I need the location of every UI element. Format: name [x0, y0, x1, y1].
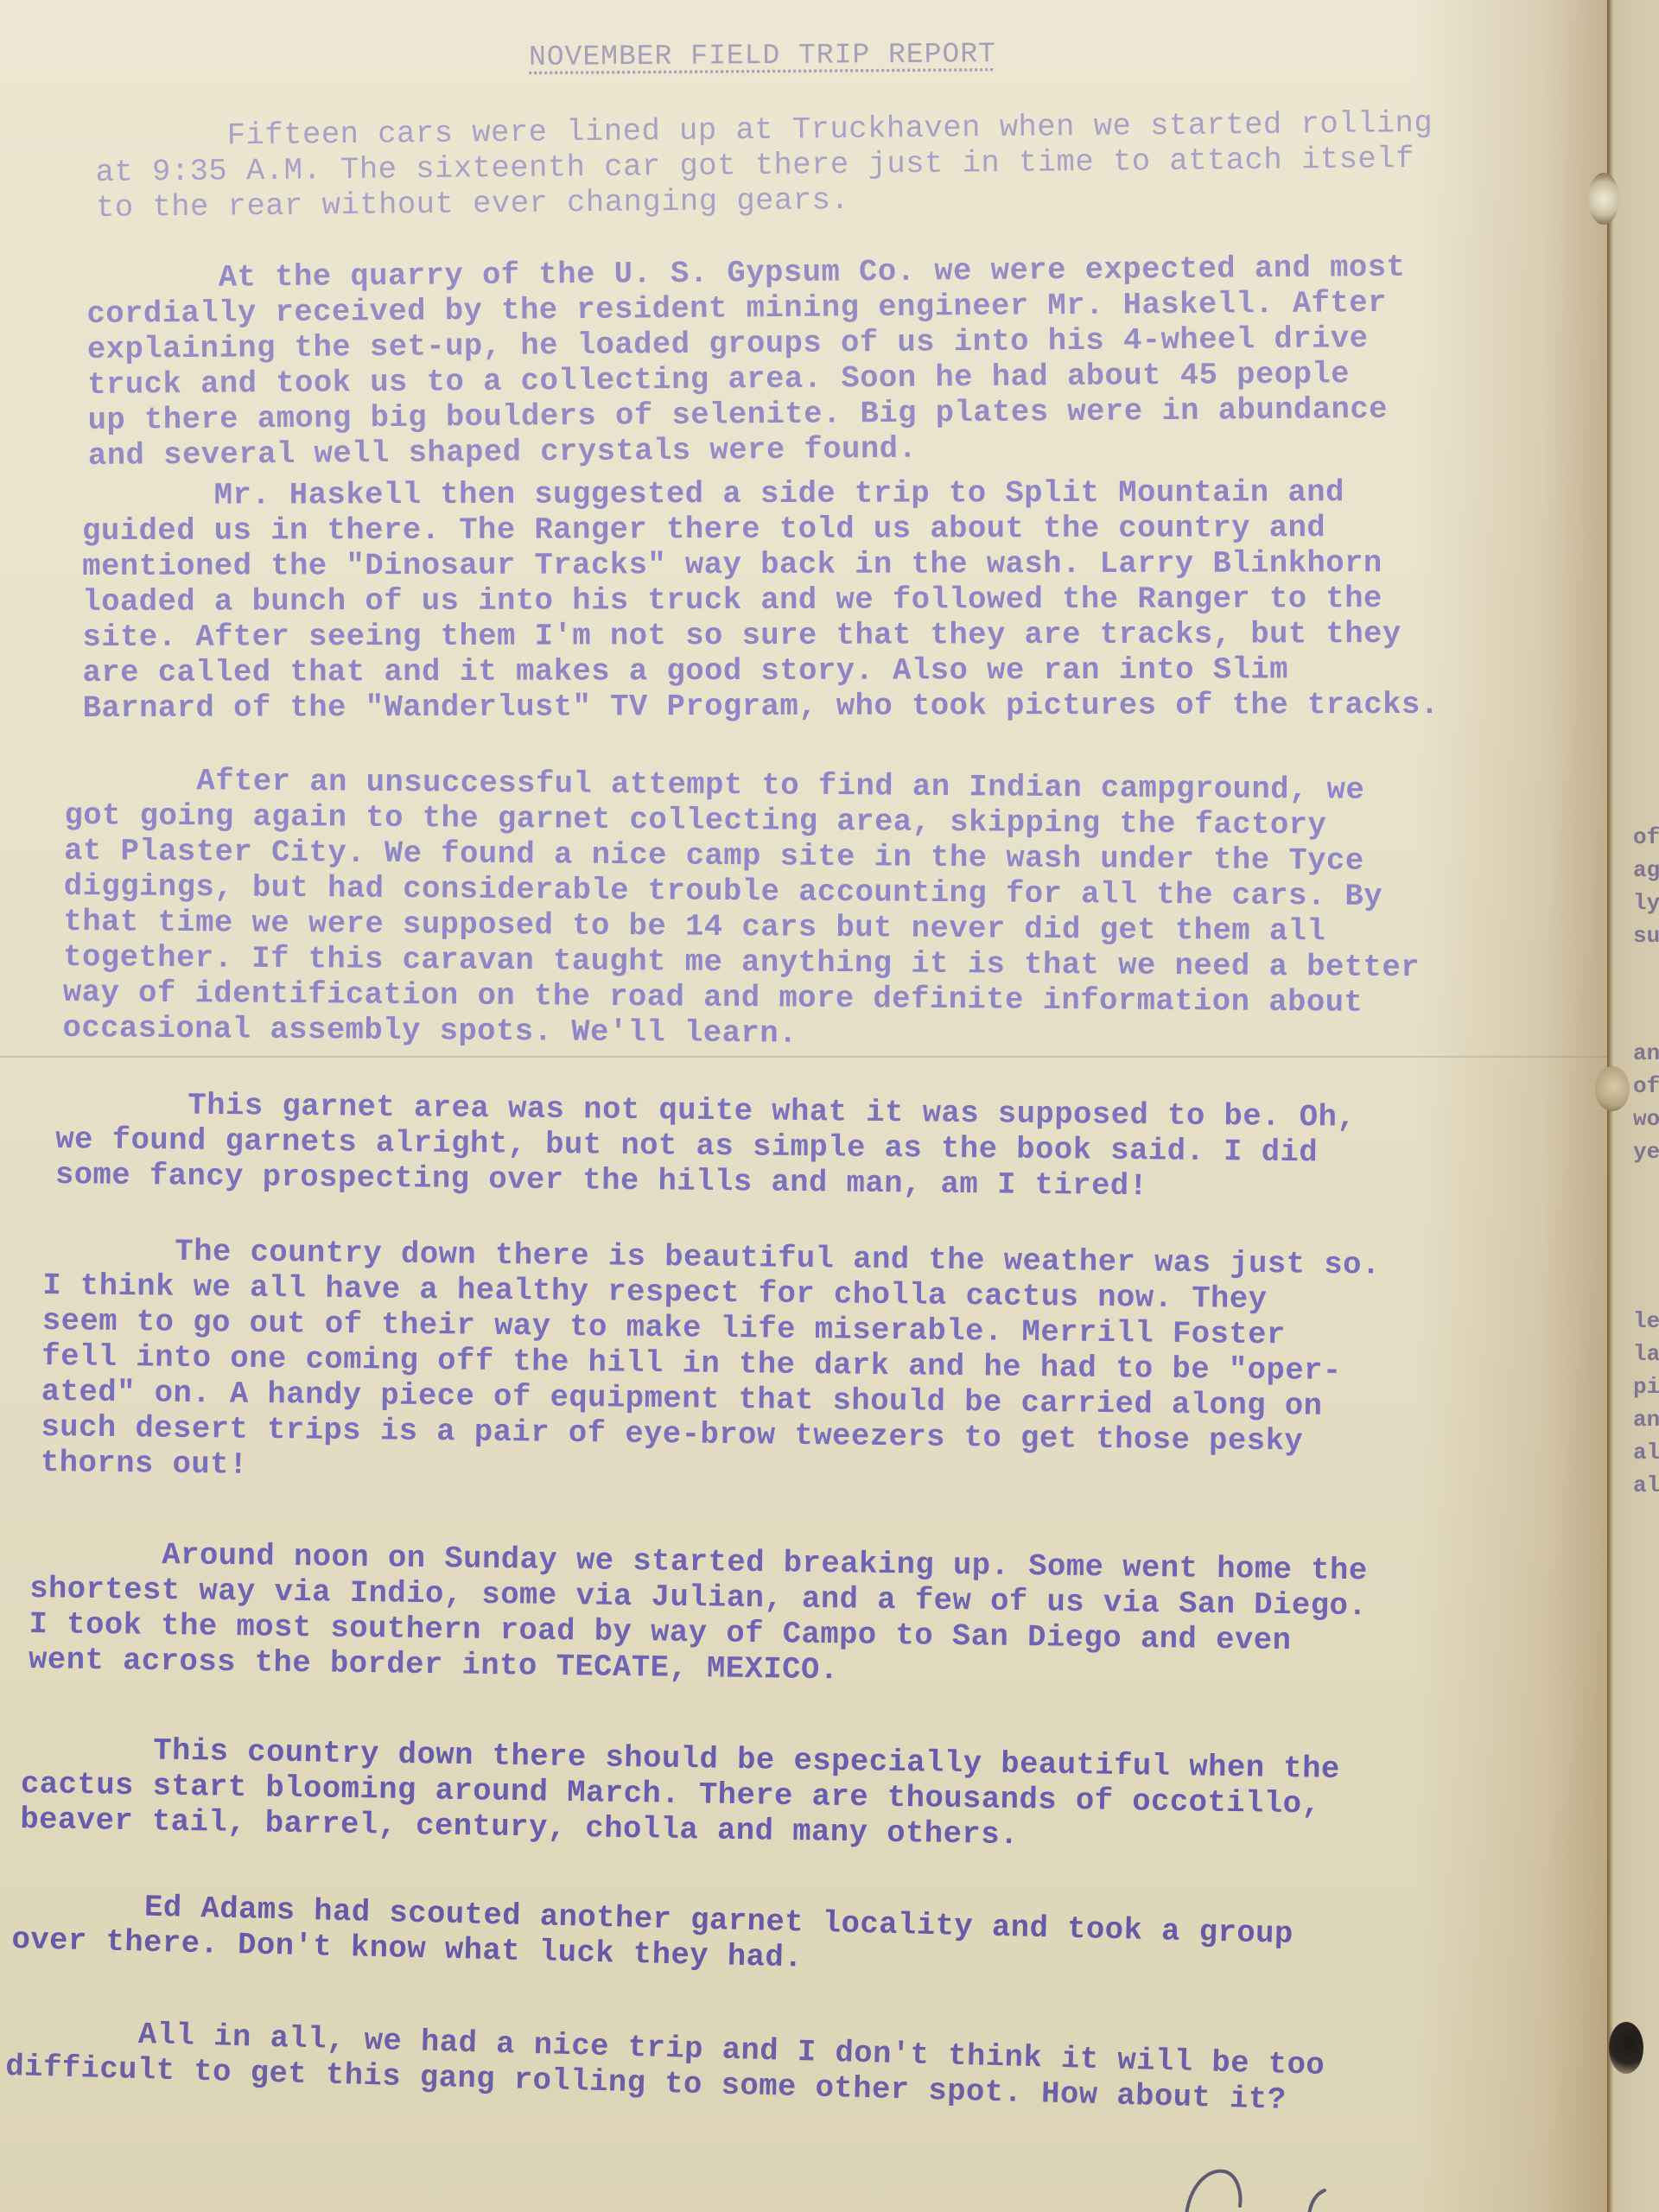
paragraph-garnet-area-trip: After an unsuccessful attempt to find an… [62, 762, 1421, 1056]
paragraph-split-mountain: Mr. Haskell then suggested a side trip t… [82, 474, 1440, 726]
handwritten-signature-icon [1179, 2164, 1404, 2212]
field-trip-report: NOVEMBER FIELD TRIP REPORT Fifteen cars … [0, 0, 1607, 2212]
adjacent-page-text-fragment: lear lage ping and alls ale [1633, 1305, 1659, 1502]
paragraph-cholla-cactus: The country down there is beautiful and … [41, 1232, 1381, 1496]
text-line: guided us in there. The Ranger there tol… [82, 510, 1439, 549]
paragraph-departure: Fifteen cars were lined up at Truckhaven… [95, 105, 1433, 226]
text-line: Barnard of the "Wanderlust" TV Program, … [83, 687, 1440, 726]
paragraph-closing: All in all, we had a nice trip and I don… [5, 2013, 1325, 2119]
paragraph-cactus-blooming: This country down there should be especi… [20, 1731, 1340, 1858]
report-title: NOVEMBER FIELD TRIP REPORT [529, 38, 996, 73]
text-line: site. After seeing them I'm not so sure … [82, 616, 1439, 655]
adjacent-page-text-fragment: and of t worl yell [1633, 1037, 1659, 1168]
paragraph-ed-adams: Ed Adams had scouted another garnet loca… [11, 1886, 1294, 1987]
adjacent-page-text-fragment: of y agai ly t surf [1633, 821, 1659, 952]
binder-ring-hole-icon [1609, 2022, 1643, 2074]
paragraph-gypsum-quarry: At the quarry of the U. S. Gypsum Co. we… [86, 250, 1407, 474]
paragraph-garnet-hunting: This garnet area was not quite what it w… [55, 1086, 1357, 1206]
text-line: loaded a bunch of us into his truck and … [82, 581, 1439, 620]
text-line: mentioned the "Dinosaur Tracks" way back… [82, 545, 1439, 584]
text-line: Mr. Haskell then suggested a side trip t… [82, 474, 1439, 513]
text-line: are called that and it makes a good stor… [83, 652, 1440, 690]
paragraph-breaking-up: Around noon on Sunday we started breakin… [29, 1535, 1368, 1694]
